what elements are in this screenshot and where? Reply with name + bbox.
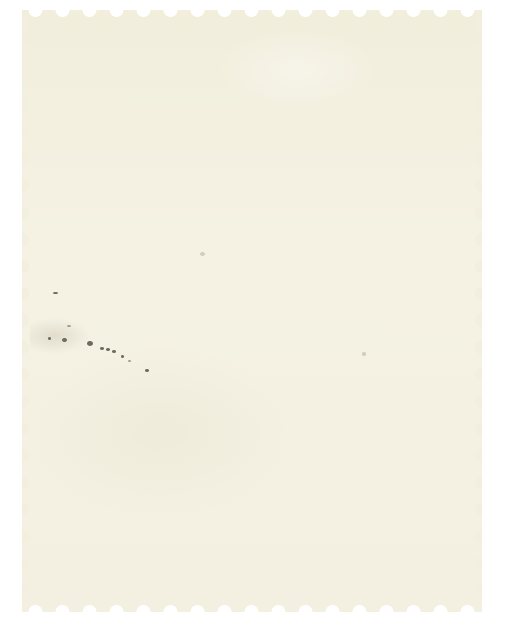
ink-specks — [0, 0, 512, 638]
